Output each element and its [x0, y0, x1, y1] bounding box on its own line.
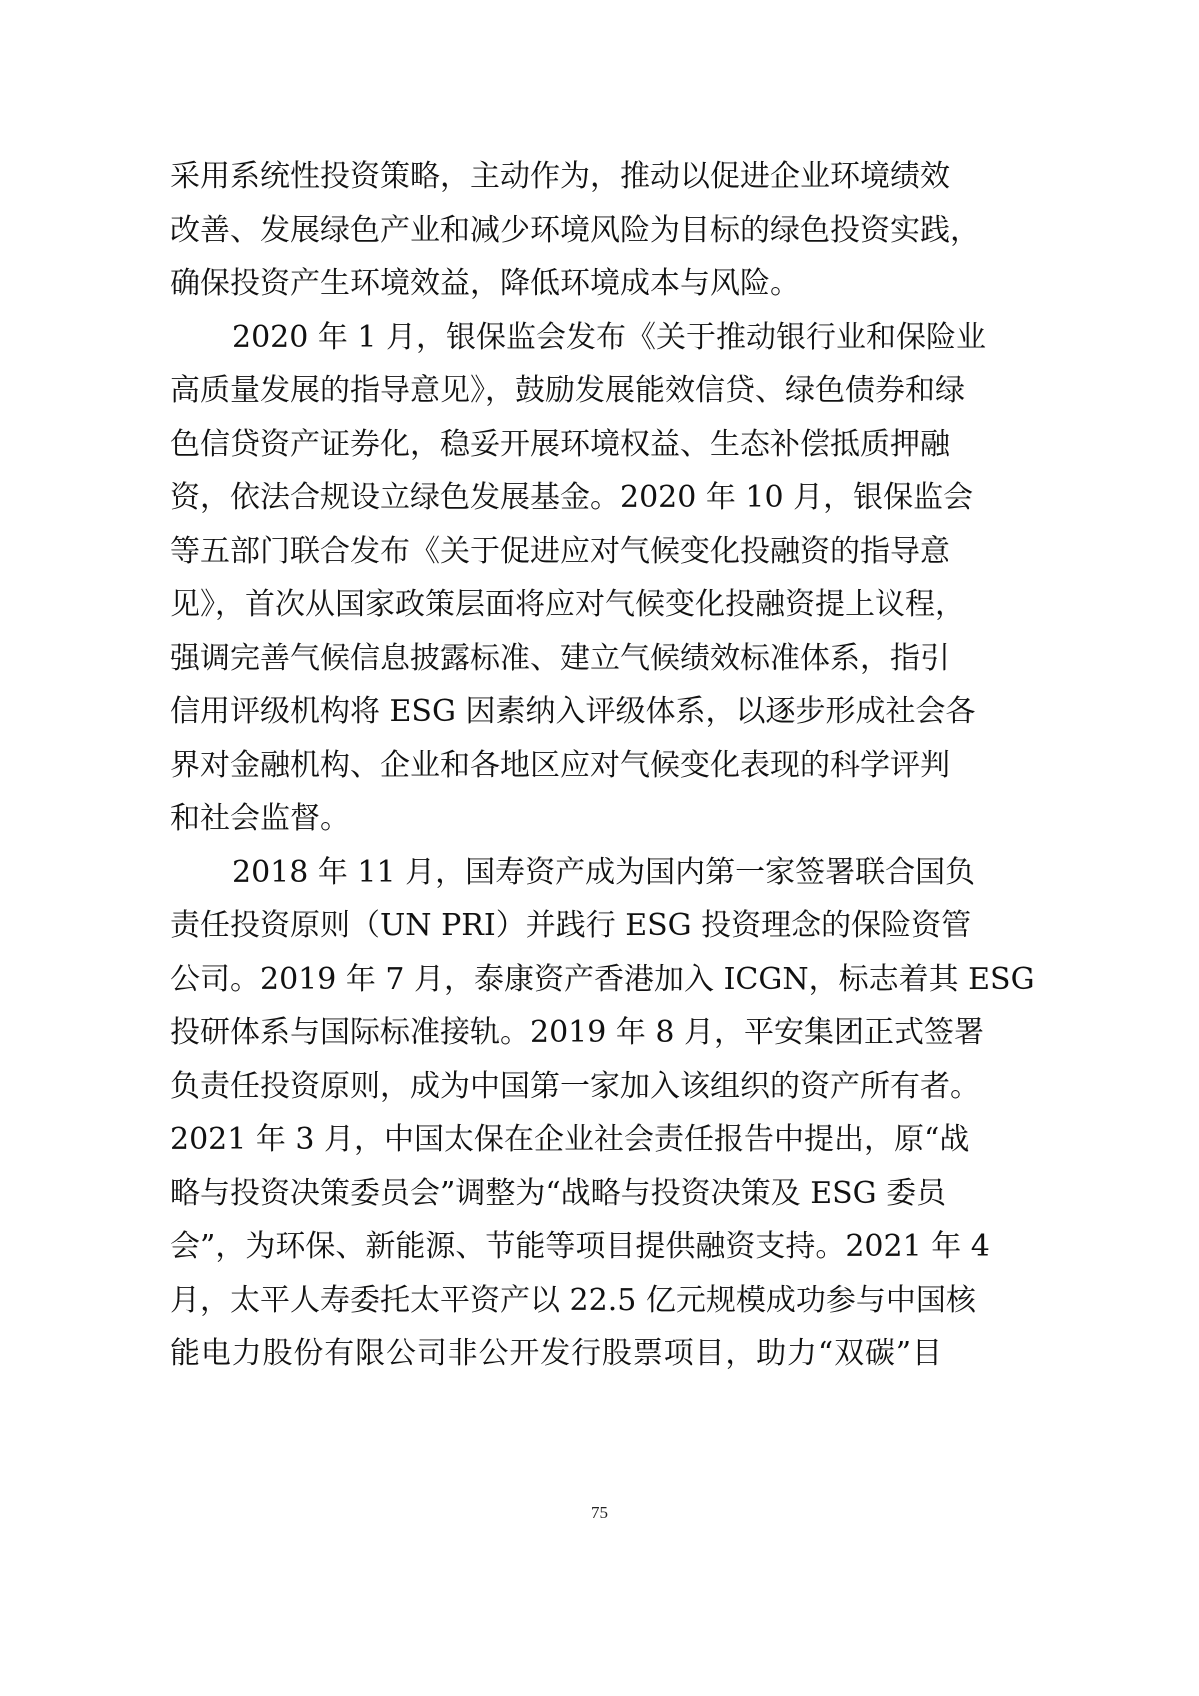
- text-line: 强调完善气候信息披露标准、建立气候绩效标准体系，指引: [170, 632, 942, 686]
- text-line: 资，依法合规设立绿色发展基金。2020 年 10 月，银保监会: [170, 471, 942, 525]
- body-text: 采用系统性投资策略，主动作为，推动以促进企业环境绩效 改善、发展绿色产业和减少环…: [170, 150, 942, 1381]
- text-line: 略与投资决策委员会”调整为“战略与投资决策及 ESG 委员: [170, 1167, 942, 1221]
- text-line: 界对金融机构、企业和各地区应对气候变化表现的科学评判: [170, 739, 942, 793]
- page-number: 75: [0, 1503, 1199, 1523]
- document-page: 采用系统性投资策略，主动作为，推动以促进企业环境绩效 改善、发展绿色产业和减少环…: [0, 0, 1199, 1696]
- text-line: 等五部门联合发布《关于促进应对气候变化投融资的指导意: [170, 525, 942, 579]
- text-line: 责任投资原则（UN PRI）并践行 ESG 投资理念的保险资管: [170, 899, 942, 953]
- paragraph-3: 2018 年 11 月，国寿资产成为国内第一家签署联合国负 责任投资原则（UN …: [170, 846, 942, 1381]
- text-line: 色信贷资产证券化，稳妥开展环境权益、生态补偿抵质押融: [170, 418, 942, 472]
- text-line: 信用评级机构将 ESG 因素纳入评级体系，以逐步形成社会各: [170, 685, 942, 739]
- text-line: 改善、发展绿色产业和减少环境风险为目标的绿色投资实践，: [170, 204, 942, 258]
- text-line: 负责任投资原则，成为中国第一家加入该组织的资产所有者。: [170, 1060, 942, 1114]
- paragraph-2: 2020 年 1 月，银保监会发布《关于推动银行业和保险业 高质量发展的指导意见…: [170, 311, 942, 846]
- text-line: 和社会监督。: [170, 792, 942, 846]
- text-line: 2021 年 3 月，中国太保在企业社会责任报告中提出，原“战: [170, 1113, 942, 1167]
- text-line: 会”，为环保、新能源、节能等项目提供融资支持。2021 年 4: [170, 1220, 942, 1274]
- text-line: 2020 年 1 月，银保监会发布《关于推动银行业和保险业: [170, 311, 942, 365]
- text-line: 见》，首次从国家政策层面将应对气候变化投融资提上议程，: [170, 578, 942, 632]
- text-line: 高质量发展的指导意见》，鼓励发展能效信贷、绿色债券和绿: [170, 364, 942, 418]
- text-line: 能电力股份有限公司非公开发行股票项目，助力“双碳”目: [170, 1327, 942, 1381]
- text-line: 投研体系与国际标准接轨。2019 年 8 月，平安集团正式签署: [170, 1006, 942, 1060]
- text-line: 月，太平人寿委托太平资产以 22.5 亿元规模成功参与中国核: [170, 1274, 942, 1328]
- text-line: 公司。2019 年 7 月，泰康资产香港加入 ICGN，标志着其 ESG: [170, 953, 942, 1007]
- paragraph-1: 采用系统性投资策略，主动作为，推动以促进企业环境绩效 改善、发展绿色产业和减少环…: [170, 150, 942, 311]
- text-line: 2018 年 11 月，国寿资产成为国内第一家签署联合国负: [170, 846, 942, 900]
- text-line: 确保投资产生环境效益，降低环境成本与风险。: [170, 257, 942, 311]
- text-line: 采用系统性投资策略，主动作为，推动以促进企业环境绩效: [170, 150, 942, 204]
